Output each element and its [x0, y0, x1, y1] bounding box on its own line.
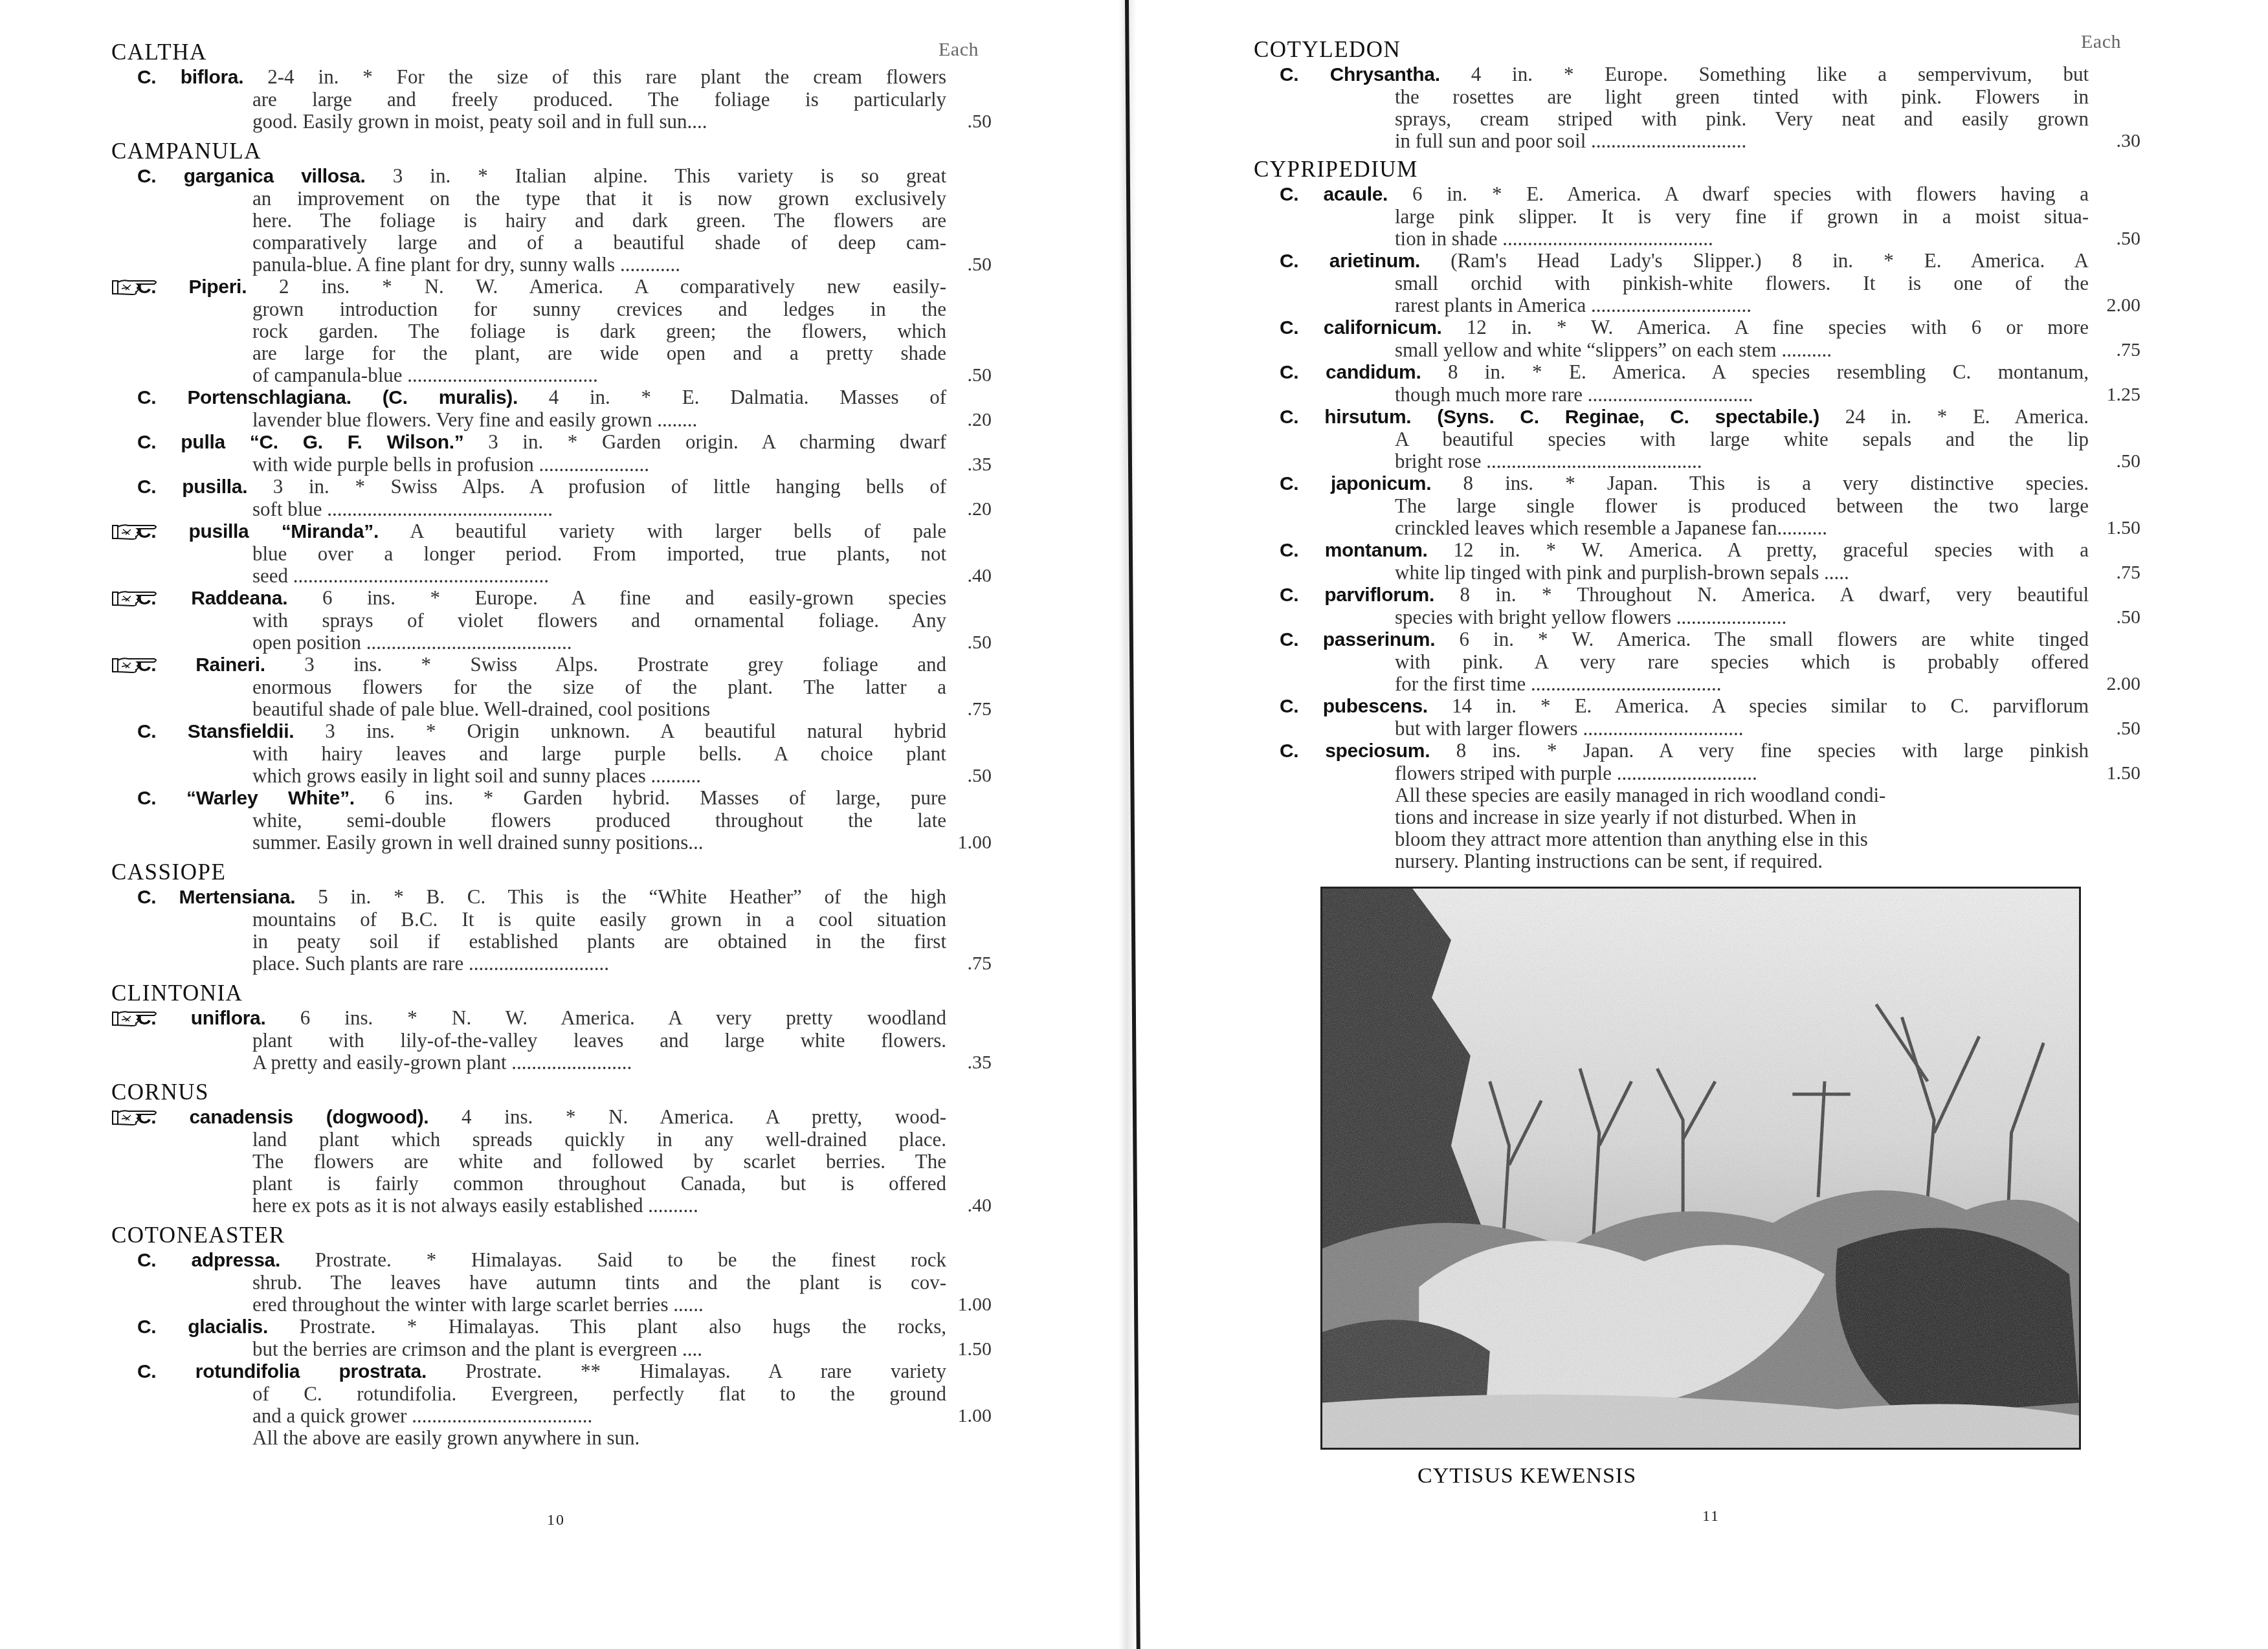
- plant-name: C. parviflorum.: [1280, 584, 1434, 606]
- plant-description: though much more rare ..................…: [1395, 383, 1753, 406]
- price: 1.00: [933, 1294, 992, 1316]
- catalog-entry: C. biflora. 2-4 in. * For the size of th…: [111, 66, 992, 133]
- price: .50: [2082, 606, 2140, 628]
- plant-description: 3 in. * Italian alpine. This variety is …: [393, 164, 946, 187]
- plant-name: C. pusilla “Miranda”.: [137, 521, 379, 542]
- plant-description: rarest plants in America ...............…: [1395, 294, 1751, 316]
- plant-description: of campanula-blue ......................…: [252, 364, 598, 386]
- plant-name: C. arietinum.: [1280, 250, 1420, 272]
- catalog-entry: C. Chrysantha. 4 in. * Europe. Something…: [1254, 63, 2140, 152]
- plant-description: 14 in. * E. America. A species similar t…: [1452, 694, 2089, 717]
- catalog-entry: C. candidum. 8 in. * E. America. A speci…: [1254, 361, 2140, 406]
- pointing-hand-icon: [111, 522, 159, 541]
- plant-name: C. pusilla.: [137, 476, 247, 498]
- plant-description: 6 ins. * Europe. A fine and easily-grown…: [322, 586, 946, 609]
- price: 1.50: [2082, 762, 2140, 784]
- plant-name: C. “Warley White”.: [137, 788, 355, 809]
- plant-description: but the berries are crimson and the plan…: [252, 1338, 702, 1360]
- section-heading: CORNUS: [111, 1080, 992, 1105]
- plant-description: blue over a longer period. From imported…: [252, 542, 946, 565]
- plant-description: beautiful shade of pale blue. Well-drain…: [252, 698, 710, 720]
- photo-caption: CYTISUS KEWENSIS: [1417, 1464, 1636, 1489]
- plant-description: plant with lily-of-the-valley leaves and…: [252, 1029, 946, 1052]
- catalog-entry: C. Piperi. 2 ins. * N. W. America. A com…: [111, 276, 992, 386]
- plant-description: grown introduction for sunny crevices an…: [252, 298, 946, 320]
- catalog-entry: C. garganica villosa. 3 in. * Italian al…: [111, 165, 992, 276]
- plant-description: 3 ins. * Swiss Alps. Prostrate grey foli…: [304, 653, 946, 676]
- catalog-entry: C. pusilla. 3 in. * Swiss Alps. A profus…: [111, 476, 992, 520]
- catalog-entry: C. Raineri. 3 ins. * Swiss Alps. Prostra…: [111, 654, 992, 720]
- catalog-entry: C. pusilla “Miranda”. A beautiful variet…: [111, 520, 992, 587]
- catalog-entry: C. montanum. 12 in. * W. America. A pret…: [1254, 539, 2140, 584]
- plant-description: place. Such plants are rare ............…: [252, 952, 609, 975]
- plant-description: 2-4 in. * For the size of this rare plan…: [267, 65, 946, 88]
- garden-photograph: [1320, 887, 2081, 1450]
- section-note: All these species are easily managed in …: [1254, 784, 2140, 872]
- plant-description: 8 in. * Throughout N. America. A dwarf, …: [1460, 583, 2089, 606]
- pointing-hand-icon: [111, 277, 159, 296]
- plant-name: C. montanum.: [1280, 540, 1428, 561]
- plant-description: 8 ins. * Japan. A very fine species with…: [1456, 739, 2089, 762]
- catalog-entry: C. acaule. 6 in. * E. America. A dwarf s…: [1254, 183, 2140, 250]
- plant-name: C. candidum.: [1280, 362, 1421, 383]
- plant-description: (Ram's Head Lady's Slipper.) 8 in. * E. …: [1451, 249, 2089, 272]
- catalog-entry: C. hirsutum. (Syns. C. Reginae, C. spect…: [1254, 406, 2140, 472]
- left-page: Each CALTHAC. biflora. 2-4 in. * For the…: [0, 0, 1113, 1649]
- plant-name: C. rotundifolia prostrata.: [137, 1361, 427, 1382]
- price: 1.00: [933, 832, 992, 854]
- plant-name: C. pubescens.: [1280, 696, 1428, 717]
- plant-description: here. The foliage is hairy and dark gree…: [252, 209, 946, 232]
- plant-name: C. hirsutum. (Syns. C. Reginae, C. spect…: [1280, 406, 1819, 428]
- catalog-entry: C. Raddeana. 6 ins. * Europe. A fine and…: [111, 587, 992, 654]
- right-catalog-column: COTYLEDONC. Chrysantha. 4 in. * Europe. …: [1254, 35, 2140, 872]
- price: .20: [933, 409, 992, 431]
- plant-name: C. japonicum.: [1280, 473, 1431, 494]
- plant-description: rock garden. The foliage is dark green; …: [252, 320, 946, 342]
- plant-description: A beautiful variety with larger bells of…: [410, 520, 946, 542]
- catalog-entry: C. parviflorum. 8 in. * Throughout N. Am…: [1254, 584, 2140, 628]
- catalog-entry: C. speciosum. 8 ins. * Japan. A very fin…: [1254, 740, 2140, 784]
- plant-description: 4 in. * E. Dalmatia. Masses of: [549, 386, 946, 408]
- pointing-hand-icon: [111, 1107, 159, 1127]
- pointing-hand-icon: [111, 655, 159, 674]
- price: .35: [933, 1052, 992, 1074]
- plant-description: with sprays of violet flowers and orname…: [252, 609, 946, 632]
- plant-name: C. acaule.: [1280, 184, 1388, 205]
- catalog-entry: C. arietinum. (Ram's Head Lady's Slipper…: [1254, 250, 2140, 316]
- plant-description: ered throughout the winter with large sc…: [252, 1293, 704, 1316]
- plant-description: 5 in. * B. C. This is the “White Heather…: [318, 885, 946, 908]
- plant-description: sprays, cream striped with pink. Very ne…: [1395, 107, 2089, 130]
- plant-description: 6 ins. * N. W. America. A very pretty wo…: [300, 1006, 946, 1029]
- price: .50: [2082, 450, 2140, 472]
- plant-name: C. Stansfieldii.: [137, 721, 294, 742]
- plant-name: C. glacialis.: [137, 1316, 268, 1338]
- price: .50: [933, 632, 992, 654]
- plant-description: with wide purple bells in profusion ....…: [252, 453, 649, 476]
- plant-description: the rosettes are light green tinted with…: [1395, 85, 2089, 108]
- plant-description: summer. Easily grown in well drained sun…: [252, 831, 704, 854]
- price: 2.00: [2082, 673, 2140, 695]
- price: 1.50: [933, 1338, 992, 1360]
- price: .40: [933, 1195, 992, 1217]
- plant-description: in peaty soil if established plants are …: [252, 930, 946, 953]
- plant-description: soft blue ..............................…: [252, 498, 553, 520]
- section-heading: CYPRIPEDIUM: [1254, 157, 2140, 182]
- plant-description: 3 in. * Swiss Alps. A profusion of littl…: [273, 475, 946, 498]
- plant-description: The flowers are white and followed by sc…: [252, 1150, 946, 1173]
- price: .50: [2082, 228, 2140, 250]
- page-number: 10: [547, 1512, 565, 1529]
- plant-description: open position ..........................…: [252, 631, 572, 654]
- left-catalog-column: CALTHAC. biflora. 2-4 in. * For the size…: [111, 38, 992, 1449]
- plant-description: which grows easily in light soil and sun…: [252, 764, 701, 787]
- plant-description: small yellow and white “slippers” on eac…: [1395, 338, 1832, 361]
- plant-description: 24 in. * E. America.: [1845, 405, 2089, 428]
- plant-description: bright rose ............................…: [1395, 450, 1702, 472]
- plant-description: and a quick grower .....................…: [252, 1404, 592, 1427]
- price: .50: [933, 765, 992, 787]
- section-heading: CAMPANULA: [111, 139, 992, 164]
- plant-description: are large and freely produced. The folia…: [252, 88, 946, 111]
- plant-description: an improvement on the type that it is no…: [252, 187, 946, 210]
- plant-description: for the first time .....................…: [1395, 672, 1722, 695]
- plant-description: 6 in. * W. America. The small flowers ar…: [1459, 628, 2089, 650]
- plant-description: white lip tinged with pink and purplish-…: [1395, 561, 1849, 584]
- price: .75: [2082, 562, 2140, 584]
- catalog-entry: C. glacialis. Prostrate. * Himalayas. Th…: [111, 1316, 992, 1360]
- plant-description: in full sun and poor soil ..............…: [1395, 129, 1746, 152]
- catalog-entry: C. rotundifolia prostrata. Prostrate. **…: [111, 1360, 992, 1427]
- plant-description: 4 ins. * N. America. A pretty, wood-: [461, 1105, 946, 1128]
- price: 1.00: [933, 1405, 992, 1427]
- price: .50: [933, 111, 992, 133]
- plant-description: land plant which spreads quickly in any …: [252, 1128, 946, 1151]
- price: .75: [933, 953, 992, 975]
- price: .35: [933, 454, 992, 476]
- catalog-entry: C. Portenschlagiana. (C. muralis). 4 in.…: [111, 386, 992, 431]
- plant-description: mountains of B.C. It is quite easily gro…: [252, 908, 946, 931]
- plant-description: good. Easily grown in moist, peaty soil …: [252, 110, 707, 133]
- pointing-hand-icon: [111, 1008, 159, 1028]
- plant-description: 2 ins. * N. W. America. A comparatively …: [279, 275, 946, 298]
- plant-description: A beautiful species with large white sep…: [1395, 428, 2089, 450]
- plant-description: Prostrate. * Himalayas. Said to be the f…: [315, 1248, 946, 1271]
- plant-description: Prostrate. * Himalayas. This plant also …: [299, 1315, 946, 1338]
- price: 1.25: [2082, 384, 2140, 406]
- catalog-entry: C. uniflora. 6 ins. * N. W. America. A v…: [111, 1007, 992, 1074]
- plant-name: C. Mertensiana.: [137, 887, 295, 908]
- plant-description: species with bright yellow flowers .....…: [1395, 606, 1786, 628]
- plant-description: 6 ins. * Garden hybrid. Masses of large,…: [384, 786, 946, 809]
- plant-name: C. adpressa.: [137, 1250, 280, 1271]
- catalog-entry: C. passerinum. 6 in. * W. America. The s…: [1254, 628, 2140, 695]
- plant-description: 12 in. * W. America. A pretty, graceful …: [1454, 538, 2089, 561]
- plant-description: here ex pots as it is not always easily …: [252, 1194, 698, 1217]
- plant-name: C. biflora.: [137, 67, 243, 88]
- plant-name: C. pulla “C. G. F. Wilson.”: [137, 432, 464, 453]
- plant-description: panula-blue. A fine plant for dry, sunny…: [252, 253, 680, 276]
- plant-description: white, semi-double flowers produced thro…: [252, 809, 946, 832]
- plant-description: Prostrate. ** Himalayas. A rare variety: [465, 1360, 946, 1382]
- catalog-entry: C. adpressa. Prostrate. * Himalayas. Sai…: [111, 1249, 992, 1316]
- plant-description: 6 in. * E. America. A dwarf species with…: [1412, 183, 2089, 205]
- catalog-entry: C. Mertensiana. 5 in. * B. C. This is th…: [111, 886, 992, 975]
- plant-description: of C. rotundifolia. Evergreen, perfectly…: [252, 1382, 946, 1405]
- right-page: Each COTYLEDONC. Chrysantha. 4 in. * Eur…: [1146, 0, 2268, 1649]
- plant-description: crinckled leaves which resemble a Japane…: [1395, 516, 1827, 539]
- plant-description: are large for the plant, are wide open a…: [252, 342, 946, 364]
- catalog-entry: C. pubescens. 14 in. * E. America. A spe…: [1254, 695, 2140, 740]
- plant-description: plant is fairly common throughout Canada…: [252, 1172, 946, 1195]
- price: .20: [933, 498, 992, 520]
- plant-description: small orchid with pinkish-white flowers.…: [1395, 272, 2089, 294]
- plant-description: flowers striped with purple ............…: [1395, 762, 1757, 784]
- price: .50: [933, 364, 992, 386]
- section-heading: CALTHA: [111, 40, 992, 65]
- plant-name: C. californicum.: [1280, 317, 1442, 338]
- plant-description: seed ...................................…: [252, 564, 549, 587]
- plant-description: with pink. A very rare species which is …: [1395, 650, 2089, 673]
- catalog-entry: C. Stansfieldii. 3 ins. * Origin unknown…: [111, 720, 992, 787]
- plant-description: large pink slipper. It is very fine if g…: [1395, 205, 2089, 228]
- plant-description: 8 in. * E. America. A species resembling…: [1448, 360, 2089, 383]
- page-number: 11: [1702, 1508, 1720, 1525]
- plant-description: 12 in. * W. America. A fine species with…: [1467, 316, 2089, 338]
- plant-description: 4 in. * Europe. Something like a semperv…: [1471, 63, 2089, 85]
- plant-description: lavender blue flowers. Very fine and eas…: [252, 408, 697, 431]
- plant-description: enormous flowers for the size of the pla…: [252, 676, 946, 698]
- catalog-entry: C. japonicum. 8 ins. * Japan. This is a …: [1254, 472, 2140, 539]
- catalog-entry: C. californicum. 12 in. * W. America. A …: [1254, 316, 2140, 361]
- plant-name: C. Raddeana.: [137, 588, 287, 609]
- section-heading: COTYLEDON: [1254, 38, 2140, 62]
- price: .75: [2082, 339, 2140, 361]
- plant-description: comparatively large and of a beautiful s…: [252, 231, 946, 254]
- price: 1.50: [2082, 517, 2140, 539]
- plant-name: C. Portenschlagiana. (C. muralis).: [137, 387, 518, 408]
- price: .75: [933, 698, 992, 720]
- plant-description: but with larger flowers ................…: [1395, 717, 1743, 740]
- price: 2.00: [2082, 294, 2140, 316]
- section-heading: COTONEASTER: [111, 1223, 992, 1248]
- catalog-entry: C. canadensis (dogwood). 4 ins. * N. Ame…: [111, 1106, 992, 1217]
- price: .50: [933, 254, 992, 276]
- price: .50: [2082, 718, 2140, 740]
- plant-description: A pretty and easily-grown plant ........…: [252, 1051, 632, 1074]
- plant-name: C. canadensis (dogwood).: [137, 1107, 428, 1128]
- plant-description: 3 ins. * Origin unknown. A beautiful nat…: [325, 720, 946, 742]
- plant-description: with hairy leaves and large purple bells…: [252, 742, 946, 765]
- plant-description: tion in shade ..........................…: [1395, 227, 1713, 250]
- section-heading: CASSIOPE: [111, 860, 992, 885]
- plant-description: 8 ins. * Japan. This is a very distincti…: [1463, 472, 2089, 494]
- section-heading: CLINTONIA: [111, 981, 992, 1006]
- photo-image: [1322, 889, 2079, 1448]
- plant-description: The large single flower is produced betw…: [1395, 494, 2089, 517]
- plant-name: C. speciosum.: [1280, 740, 1430, 762]
- section-note: All the above are easily grown anywhere …: [111, 1427, 992, 1449]
- price: .30: [2082, 130, 2140, 152]
- plant-name: C. garganica villosa.: [137, 166, 366, 187]
- plant-name: C. passerinum.: [1280, 629, 1435, 650]
- plant-description: shrub. The leaves have autumn tints and …: [252, 1271, 946, 1294]
- plant-description: 3 in. * Garden origin. A charming dwarf: [488, 430, 946, 453]
- pointing-hand-icon: [111, 588, 159, 608]
- price: .40: [933, 565, 992, 587]
- catalog-entry: C. pulla “C. G. F. Wilson.” 3 in. * Gard…: [111, 431, 992, 476]
- plant-name: C. Chrysantha.: [1280, 64, 1440, 85]
- catalog-entry: C. “Warley White”. 6 ins. * Garden hybri…: [111, 787, 992, 854]
